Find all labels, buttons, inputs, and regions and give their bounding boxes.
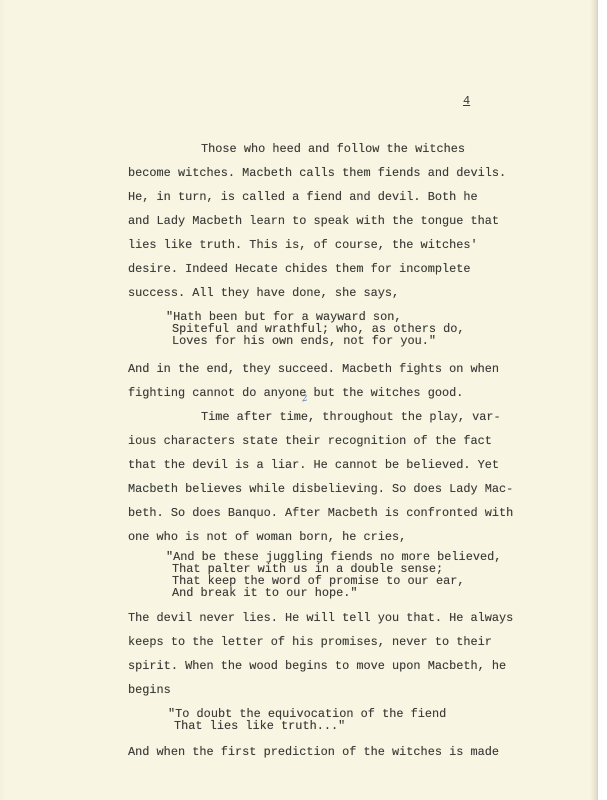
paragraph-3-line-2: ious characters state their recognition … bbox=[128, 434, 492, 448]
quote-3-line-2: That lies like truth..." bbox=[174, 719, 345, 733]
paragraph-3-line-1: Time after time, throughout the play, va… bbox=[201, 410, 501, 424]
paragraph-1-line-3: He, in turn, is called a fiend and devil… bbox=[128, 190, 478, 204]
handwritten-annotation: 2 bbox=[301, 394, 308, 405]
paragraph-1-line-1: Those who heed and follow the witches bbox=[201, 142, 465, 156]
paragraph-1-line-5: lies like truth. This is, of course, the… bbox=[128, 238, 478, 252]
page-number: 4 bbox=[463, 94, 470, 108]
paragraph-3-line-4: Macbeth believes while disbelieving. So … bbox=[128, 482, 513, 496]
paragraph-4-line-2: keeps to the letter of his promises, nev… bbox=[128, 635, 492, 649]
quote-1-line-3: Loves for his own ends, not for you." bbox=[172, 334, 436, 348]
paragraph-3-line-5: beth. So does Banquo. After Macbeth is c… bbox=[128, 506, 513, 520]
paragraph-4-line-4: begins bbox=[128, 683, 171, 697]
paragraph-1-line-7: success. All they have done, she says, bbox=[128, 286, 399, 300]
paragraph-1-line-4: and Lady Macbeth learn to speak with the… bbox=[128, 214, 499, 228]
quote-2-line-4: And break it to our hope." bbox=[172, 586, 358, 600]
paragraph-4-line-3: spirit. When the wood begins to move upo… bbox=[128, 659, 506, 673]
typewritten-page: 4 Those who heed and follow the witches … bbox=[0, 0, 598, 800]
paragraph-3-line-6: one who is not of woman born, he cries, bbox=[128, 530, 406, 544]
paragraph-3-line-3: that the devil is a liar. He cannot be b… bbox=[128, 458, 499, 472]
paragraph-1-line-2: become witches. Macbeth calls them fiend… bbox=[128, 166, 506, 180]
paragraph-4-line-1: The devil never lies. He will tell you t… bbox=[128, 611, 513, 625]
paragraph-5-line-1: And when the first prediction of the wit… bbox=[128, 745, 499, 759]
paragraph-2-line-2: fighting cannot do anyone but the witche… bbox=[128, 386, 463, 400]
paragraph-1-line-6: desire. Indeed Hecate chides them for in… bbox=[128, 262, 471, 276]
paragraph-2-line-1: And in the end, they succeed. Macbeth fi… bbox=[128, 362, 499, 376]
